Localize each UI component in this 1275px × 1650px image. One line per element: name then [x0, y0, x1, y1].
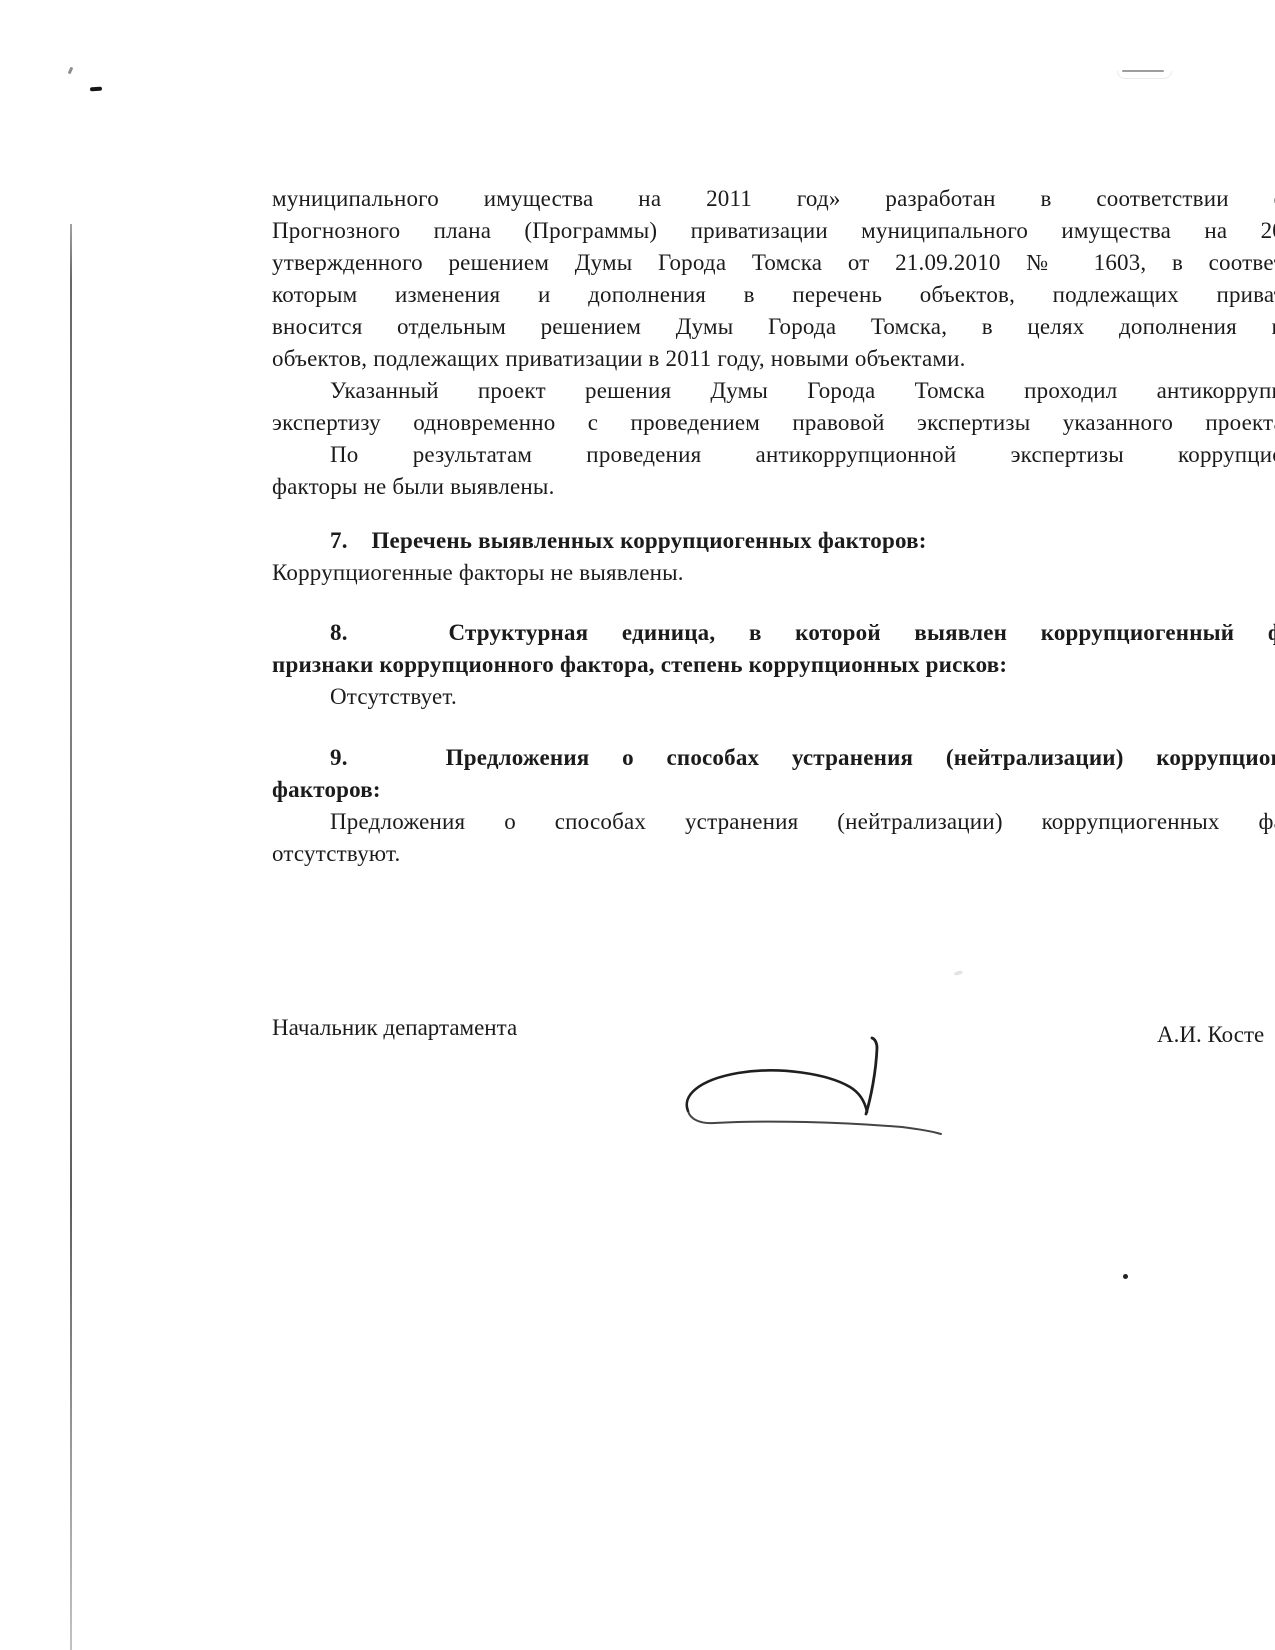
text-line: факторов:	[272, 774, 1275, 806]
text-line: которым изменения и дополнения в перечен…	[272, 279, 1275, 311]
text-line: вносится отдельным решением Думы Города …	[272, 311, 1275, 343]
faint-speck	[954, 970, 964, 976]
text-line: факторы не были выявлены.	[272, 471, 1275, 503]
text-line: экспертизу одновременно с проведением пр…	[272, 407, 1275, 439]
pen-dash-mark	[90, 87, 102, 92]
text-line: объектов, подлежащих приватизации в 2011…	[272, 343, 1275, 375]
text-line: Прогнозного плана (Программы) приватизац…	[272, 215, 1275, 247]
top-right-fold-dash	[1122, 70, 1164, 72]
text-line: отсутствуют.	[272, 838, 1275, 870]
text-line: Отсутствует.	[272, 681, 1275, 713]
top-right-fold-swoosh	[1117, 71, 1172, 79]
text-line: Коррупциогенные факторы не выявлены.	[272, 557, 1275, 589]
text-line: муниципального имущества на 2011 год» ра…	[272, 183, 1275, 215]
left-scan-edge-line	[70, 224, 72, 1650]
text-line: признаки коррупционного фактора, степень…	[272, 649, 1275, 681]
text-line: 7. Перечень выявленных коррупциогенных ф…	[272, 525, 1275, 557]
text-line: Предложения о способах устранения (нейтр…	[272, 806, 1275, 838]
scanned-document-page: муниципального имущества на 2011 год» ра…	[0, 0, 1275, 1650]
text-line: утвержденного решением Думы Города Томск…	[272, 247, 1275, 279]
text-line: 9. Предложения о способах устранения (не…	[272, 742, 1275, 774]
ink-dot	[1123, 1274, 1128, 1279]
signatory-position-label: Начальник департамента	[272, 1013, 517, 1043]
handwritten-signature	[650, 1000, 970, 1150]
text-line: Указанный проект решения Думы Города Том…	[272, 375, 1275, 407]
text-line: По результатам проведения антикоррупцион…	[272, 439, 1275, 471]
corner-tick-mark	[68, 67, 74, 75]
signatory-name: А.И. Косте	[1157, 1020, 1264, 1050]
text-line: 8. Структурная единица, в которой выявле…	[272, 617, 1275, 649]
document-text-block: муниципального имущества на 2011 год» ра…	[272, 183, 1275, 870]
